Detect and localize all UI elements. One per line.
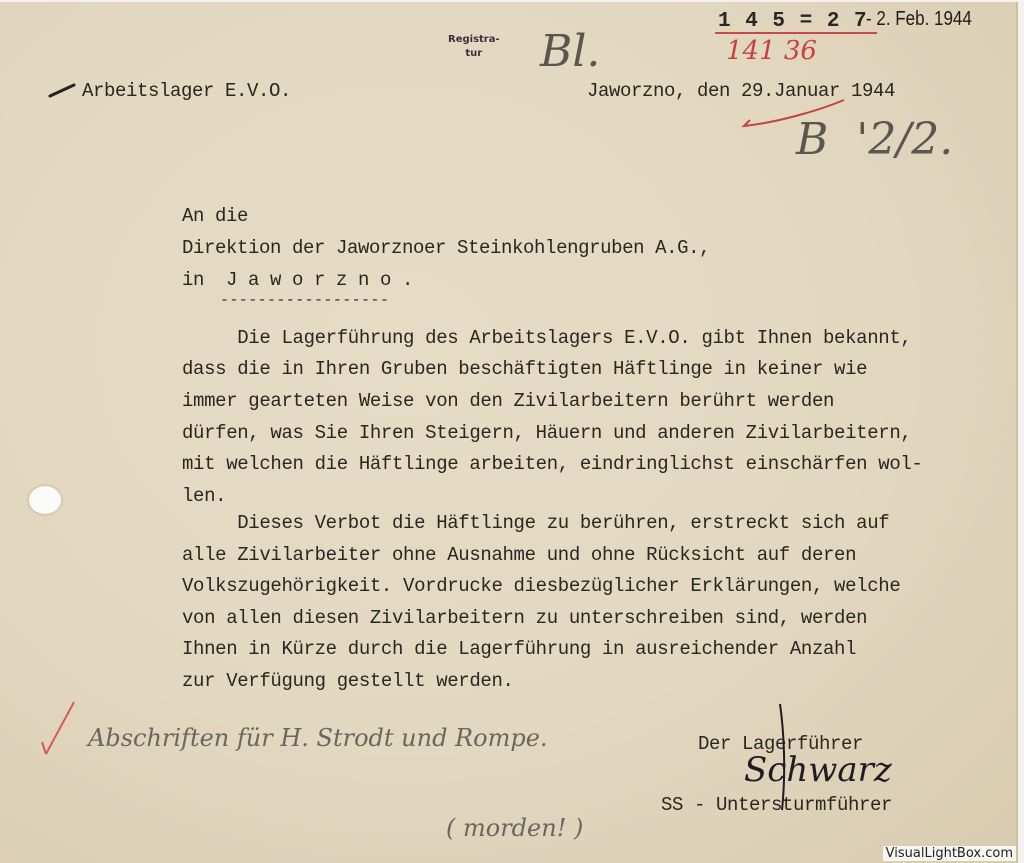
handwritten-note: Abschriften für H. Strodt und Rompe. bbox=[88, 724, 548, 752]
watermark: VisualLightBox.com bbox=[883, 846, 1016, 861]
pen-mark-icon bbox=[48, 82, 78, 98]
body-line: Die Lagerführung des Arbeitslagers E.V.O… bbox=[182, 327, 911, 349]
handwritten-note-bottom: ( morden! ) bbox=[446, 814, 583, 842]
signature: Schwarz bbox=[744, 750, 892, 790]
sender-line: Arbeitslager E.V.O. bbox=[82, 80, 291, 102]
stamp-line-2: tur bbox=[448, 47, 500, 61]
file-number-struck: 1 4 5 = 2 7 bbox=[718, 10, 868, 33]
strikethrough-line bbox=[715, 32, 877, 34]
recipient-line-1: An die bbox=[182, 205, 248, 227]
letter-page: Arbeitslager E.V.O. Registra- tur Bl. 1 … bbox=[0, 2, 1018, 863]
body-line: dass die in Ihren Gruben beschäftigten H… bbox=[182, 358, 867, 380]
body-line: Ihnen in Kürze durch die Lagerführung in… bbox=[182, 638, 856, 660]
signature-rank: SS - Untersturmführer bbox=[661, 794, 892, 816]
stamp-line-1: Registra- bbox=[448, 33, 500, 47]
handwritten-initials-top: Bl. bbox=[540, 26, 600, 77]
file-number-red: 141 36 bbox=[726, 36, 817, 66]
body-line: Dieses Verbot die Häftlinge zu berühren,… bbox=[182, 512, 889, 534]
registry-stamp: Registra- tur bbox=[448, 33, 500, 61]
body-line: Volkszugehörigkeit. Vordrucke diesbezügl… bbox=[182, 575, 900, 597]
recipient-underline: ------------------ bbox=[220, 292, 389, 309]
body-line: mit welchen die Häftlinge arbeiten, eind… bbox=[182, 453, 922, 475]
received-date-stamp: - 2. Feb. 1944 bbox=[866, 8, 972, 31]
body-line: zur Verfügung gestellt werden. bbox=[182, 670, 514, 692]
body-line: len. bbox=[182, 485, 226, 507]
handwritten-initials-right: B '2/2. bbox=[796, 114, 953, 165]
recipient-line-2: Direktion der Jaworznoer Steinkohlengrub… bbox=[182, 237, 710, 259]
punch-hole bbox=[29, 486, 61, 514]
body-line: alle Zivilarbeiter ohne Ausnahme und ohn… bbox=[182, 544, 856, 566]
body-line: immer gearteten Weise von den Zivilarbei… bbox=[182, 390, 834, 412]
recipient-line-3: in J a w o r z n o . bbox=[182, 269, 413, 291]
body-line: von allen diesen Zivilarbeitern zu unter… bbox=[182, 607, 867, 629]
red-check-mark bbox=[38, 698, 78, 758]
body-line: dürfen, was Sie Ihren Steigern, Häuern u… bbox=[182, 422, 911, 444]
